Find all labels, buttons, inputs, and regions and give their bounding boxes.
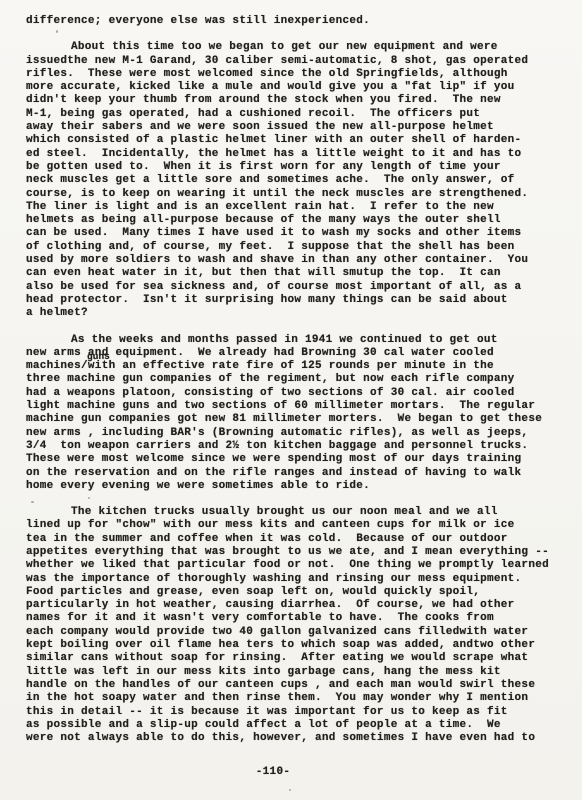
page-number: -110- <box>6 766 540 779</box>
page-body: difference; everyone else was still inex… <box>0 0 582 780</box>
typed-correction-insertion: guns <box>87 352 110 361</box>
scan-artifact <box>31 501 34 503</box>
body-paragraphs: About this time too we began to get our … <box>26 41 560 745</box>
scan-artifact <box>289 789 291 791</box>
carryover-line: difference; everyone else was still inex… <box>26 15 560 28</box>
paragraph: The kitchen trucks usually brought us ou… <box>26 506 560 745</box>
typewritten-memoir-page: difference; everyone else was still inex… <box>0 0 582 800</box>
paragraph: About this time too we began to get our … <box>26 41 560 320</box>
scan-artifact <box>88 497 90 499</box>
scan-artifact <box>56 30 58 33</box>
